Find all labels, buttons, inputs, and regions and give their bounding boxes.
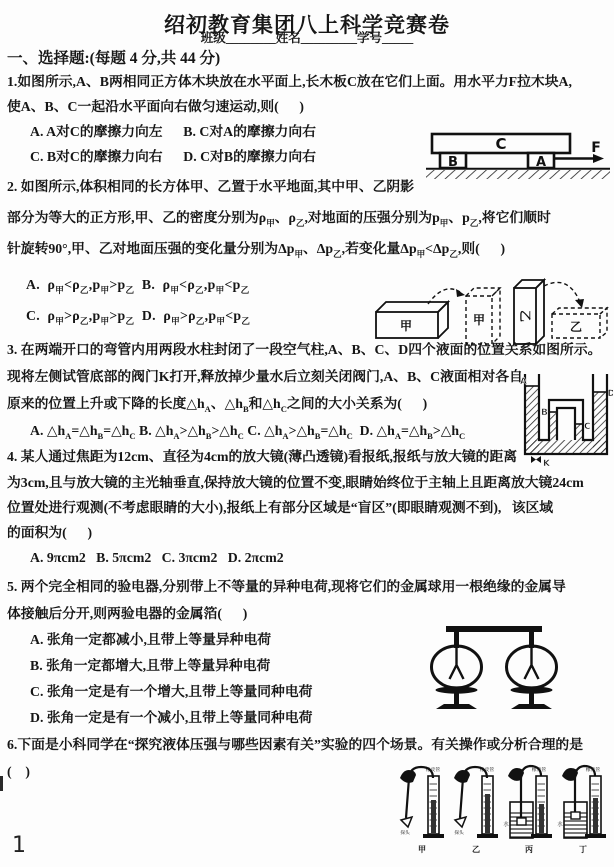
- electroscope-right: [507, 632, 557, 709]
- probe-icon: [455, 817, 466, 827]
- water-label: 水: [557, 820, 563, 828]
- label-jia-solid: 甲: [400, 319, 412, 333]
- label-d: D: [608, 389, 614, 399]
- ground-hatching: [426, 170, 610, 179]
- label-b: B: [448, 155, 458, 170]
- student-info-line: 班级________姓名_________学号_____: [0, 29, 614, 47]
- rotate-arrow-left: [456, 289, 465, 297]
- q2-rotation-figure: 甲 甲 乙 乙: [372, 266, 612, 348]
- label-a: A: [536, 155, 546, 170]
- q1-line1: 1.如图所示,A、B两相同正方体木块放在水平面上,长木板C放在它们上面。用水平力…: [7, 69, 614, 94]
- probe-label: 探头: [400, 829, 410, 836]
- q5-electroscopes-figure: [418, 616, 570, 718]
- label-jia-dashed: 甲: [473, 313, 485, 327]
- scan-artifact: [0, 776, 3, 791]
- setup-label: 乙: [472, 845, 480, 854]
- label-yi-dashed: 乙: [570, 320, 582, 334]
- q1-line2: 使A、B、C一起沿水平面向右做匀速运动,则( ): [7, 94, 614, 119]
- electroscope-left: [432, 632, 482, 709]
- rubber-tube-label: 橡皮管: [586, 766, 601, 773]
- label-yi-solid: 乙: [518, 310, 532, 322]
- setup-ding: 橡皮管 水 丁: [557, 766, 606, 854]
- q4-line3: 位置处进行观测(不考虑眼睛的大小),报纸上有部分区域是“盲区”(即眼睛观测不到)…: [7, 495, 614, 520]
- q3-tube-figure: A B C D K: [519, 372, 613, 468]
- water-fill: [525, 386, 607, 454]
- q4-line4: 的面积为( ): [7, 520, 614, 545]
- page-number: 1: [12, 833, 26, 858]
- label-f: F: [591, 140, 601, 156]
- setup-jia: 橡皮管 探头 甲: [400, 766, 444, 854]
- q2-line2: 部分为等大的正方形,甲、乙的密度分别为ρ甲、ρ乙,对地面的压强分别为p甲、p乙,…: [7, 202, 614, 233]
- label-c: C: [584, 422, 591, 432]
- rotate-arrow-right: [575, 299, 584, 308]
- probe-icon: [571, 812, 580, 819]
- label-k: K: [543, 459, 551, 468]
- label-c: C: [495, 135, 506, 153]
- label-a: A: [520, 377, 527, 387]
- section-1-header: 一、选择题:(每题 4 分,共 44 分): [7, 47, 614, 69]
- q4-options: A. 9πcm2 B. 5πcm2 C. 3πcm2 D. 2πcm2: [30, 545, 614, 570]
- page-title: 绍初教育集团八上科学竞赛卷: [0, 0, 614, 29]
- water-label: 水: [503, 820, 509, 828]
- rubber-tube-label: 橡皮管: [426, 766, 441, 773]
- valve-k-icon: [531, 456, 541, 463]
- q1-blocks-figure: C B A F: [424, 122, 612, 184]
- setup-label: 甲: [418, 845, 426, 854]
- setup-bing: 橡皮管 水 丙: [503, 766, 552, 854]
- rubber-tube-label: 橡皮管: [480, 766, 495, 773]
- probe-icon: [401, 817, 412, 827]
- probe-icon: [517, 818, 526, 825]
- connecting-rod: [446, 626, 542, 632]
- rubber-tube-label: 橡皮管: [532, 766, 547, 773]
- setup-yi: 橡皮管 探头 乙: [454, 766, 498, 854]
- setup-label: 丙: [525, 844, 533, 854]
- label-b: B: [541, 408, 548, 418]
- probe-label: 探头: [454, 829, 464, 836]
- q4-line2: 为3cm,且与放大镜的主光轴垂直,保持放大镜的位置不变,眼睛始终位于主轴上且距离…: [7, 470, 614, 495]
- q6-line1: 6.下面是小科同学在“探究液体压强与哪些因素有关”实验的四个场景。有关操作或分析…: [7, 731, 614, 758]
- q6-experiment-figure: 橡皮管 探头 甲 橡皮管 探头 乙 橡皮: [397, 764, 611, 856]
- q5-line1: 5. 两个完全相同的验电器,分别带上不等量的异种电荷,现将它们的金属球用一根绝缘…: [7, 573, 614, 600]
- q2-line3: 针旋转90°,甲、乙对地面压强的变化量分别为Δp甲、Δp乙,若变化量Δp甲<Δp…: [7, 233, 614, 264]
- exam-paper-page: 绍初教育集团八上科学竞赛卷 班级________姓名_________学号___…: [0, 0, 614, 867]
- setup-label: 丁: [579, 844, 587, 854]
